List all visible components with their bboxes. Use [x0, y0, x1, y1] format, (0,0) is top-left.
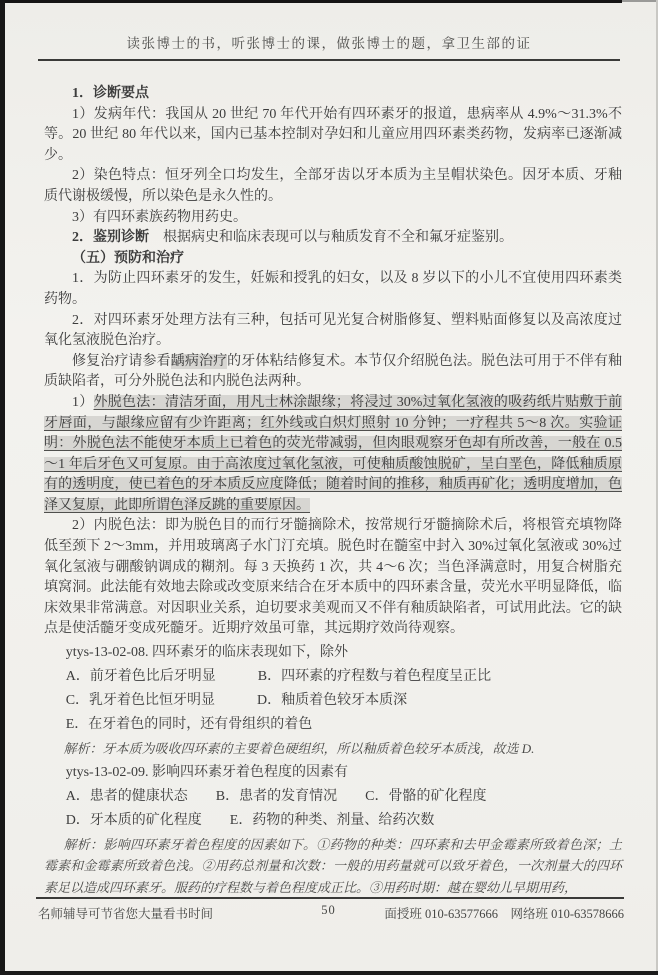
question-id-line: ytys-13-02-09. 影响四环素牙着色程度的因素有	[44, 761, 622, 785]
option-line: C．乳牙着色比恒牙明显 D．釉质着色较牙本质深	[44, 689, 622, 713]
option-line: A．患者的健康状态 B．患者的发育情况 C．骨骼的矿化程度	[44, 785, 622, 809]
scan-edge-left	[0, 0, 5, 975]
paragraph: 3）有四环素族药物用药史。	[44, 208, 622, 229]
question-id-line: ytys-13-02-08. 四环素牙的临床表现如下，除外	[44, 641, 622, 665]
paragraph: 修复治疗请参看龋病治疗的牙体粘结修复术。本节仅介绍脱色法。脱色法可用于不伴有釉质…	[44, 352, 622, 393]
text-segment: 解析：牙本质为吸收四环素的主要着色硬组织，所以釉质着色较牙本质浅，故选 D.	[64, 741, 535, 756]
scan-edge-top-tail	[622, 0, 658, 2]
section-heading: （五）预防和治疗	[44, 249, 622, 270]
footer-contact: 面授班 010-63577666 网络班 010-63578666	[384, 904, 624, 922]
text-segment: 外脱色法：清洁牙面，用凡士林涂龈缘；将浸过 30%过氧化氢液的吸药纸片贴敷于前牙…	[44, 395, 622, 513]
option-line: A．前牙着色比后牙明显 B．四环素的疗程数与着色程度呈正比	[44, 665, 622, 689]
text-segment: 1）发病年代：我国从 20 世纪 70 年代开始有四环素牙的报道，患病率从 4.…	[44, 107, 622, 163]
text-segment: 根据病史和临床表现可以与釉质发育不全和氟牙症鉴别。	[149, 230, 513, 245]
text-segment: 龋病治疗	[171, 354, 227, 369]
paragraph: 2）内脱色法：即为脱色目的而行牙髓摘除术，按常规行牙髓摘除术后，将根管充填物降低…	[44, 516, 622, 640]
text-segment: 3）有四环素族药物用药史。	[72, 210, 247, 225]
option-line: D．牙本质的矿化程度 E．药物的种类、剂量、给药次数	[44, 809, 622, 833]
scan-edge-top	[0, 0, 622, 3]
paragraph: 1）发病年代：我国从 20 世纪 70 年代开始有四环素牙的报道，患病率从 4.…	[44, 105, 622, 167]
option-line: E．在牙着色的同时，还有骨组织的着色	[44, 713, 622, 737]
text-segment: 2．鉴别诊断	[72, 230, 149, 245]
paragraph-highlighted: 1）外脱色法：清洁牙面，用凡士林涂龈缘；将浸过 30%过氧化氢液的吸药纸片贴敷于…	[44, 393, 622, 517]
text-segment: D．牙本质的矿化程度 E．药物的种类、剂量、给药次数	[66, 813, 435, 828]
page-header: 读张博士的书，听张博士的课，做张博士的题，拿卫生部的证	[38, 32, 620, 61]
paragraph: 2．鉴别诊断 根据病史和临床表现可以与釉质发育不全和氟牙症鉴别。	[44, 228, 622, 249]
text-segment: C．乳牙着色比恒牙明显 D．釉质着色较牙本质深	[66, 693, 407, 708]
text-segment: E．在牙着色的同时，还有骨组织的着色	[66, 717, 313, 732]
footer-page-number: 50	[321, 903, 336, 918]
text-segment: 1．为防止四环素牙的发生，妊娠和授乳的妇女，以及 8 岁以下的小儿不宜使用四环素…	[44, 271, 622, 307]
text-segment: 解析：影响四环素牙着色程度的因素如下。①药物的种类：四环素和去甲金霉素所致着色深…	[44, 837, 622, 895]
analysis-line: 解析：牙本质为吸收四环素的主要着色硬组织，所以釉质着色较牙本质浅，故选 D.	[44, 738, 622, 760]
text-segment: 1．诊断要点	[72, 86, 149, 101]
text-segment: A．患者的健康状态 B．患者的发育情况 C．骨骼的矿化程度	[66, 789, 487, 804]
scanned-document-page: 读张博士的书，听张博士的课，做张博士的题，拿卫生部的证 1．诊断要点1）发病年代…	[0, 0, 658, 975]
text-segment: 修复治疗请参看	[72, 354, 171, 369]
page-footer: 名师辅导可节省您大量看书时间 50 面授班 010-63577666 网络班 0…	[36, 897, 624, 923]
scan-edge-bottom	[0, 971, 658, 975]
text-segment: ytys-13-02-09. 影响四环素牙着色程度的因素有	[66, 765, 348, 780]
footer-left-slogan: 名师辅导可节省您大量看书时间	[38, 904, 213, 922]
paragraph: 2．对四环素牙处理方法有三种，包括可见光复合树脂修复、塑料贴面修复以及高浓度过氧…	[44, 311, 622, 352]
text-segment: 1）	[72, 395, 94, 410]
paragraph: 1．为防止四环素牙的发生，妊娠和授乳的妇女，以及 8 岁以下的小儿不宜使用四环素…	[44, 269, 622, 310]
content-area: 1．诊断要点1）发病年代：我国从 20 世纪 70 年代开始有四环素牙的报道，患…	[44, 84, 622, 899]
text-segment: 2．对四环素牙处理方法有三种，包括可见光复合树脂修复、塑料贴面修复以及高浓度过氧…	[44, 313, 622, 349]
text-segment: 2）染色特点：恒牙列全口均发生，全部牙齿以牙本质为主呈帽状染色。因牙本质、牙釉质…	[44, 168, 622, 204]
section-heading: 1．诊断要点	[44, 84, 622, 105]
paragraph: 2）染色特点：恒牙列全口均发生，全部牙齿以牙本质为主呈帽状染色。因牙本质、牙釉质…	[44, 166, 622, 207]
analysis-line: 解析：影响四环素牙着色程度的因素如下。①药物的种类：四环素和去甲金霉素所致着色深…	[44, 834, 622, 899]
text-segment: A．前牙着色比后牙明显 B．四环素的疗程数与着色程度呈正比	[66, 669, 491, 684]
text-segment: ytys-13-02-08. 四环素牙的临床表现如下，除外	[66, 645, 348, 660]
text-segment: （五）预防和治疗	[72, 251, 184, 266]
header-slogan: 读张博士的书，听张博士的课，做张博士的题，拿卫生部的证	[127, 36, 532, 51]
text-segment: 2）内脱色法：即为脱色目的而行牙髓摘除术，按常规行牙髓摘除术后，将根管充填物降低…	[44, 518, 622, 636]
